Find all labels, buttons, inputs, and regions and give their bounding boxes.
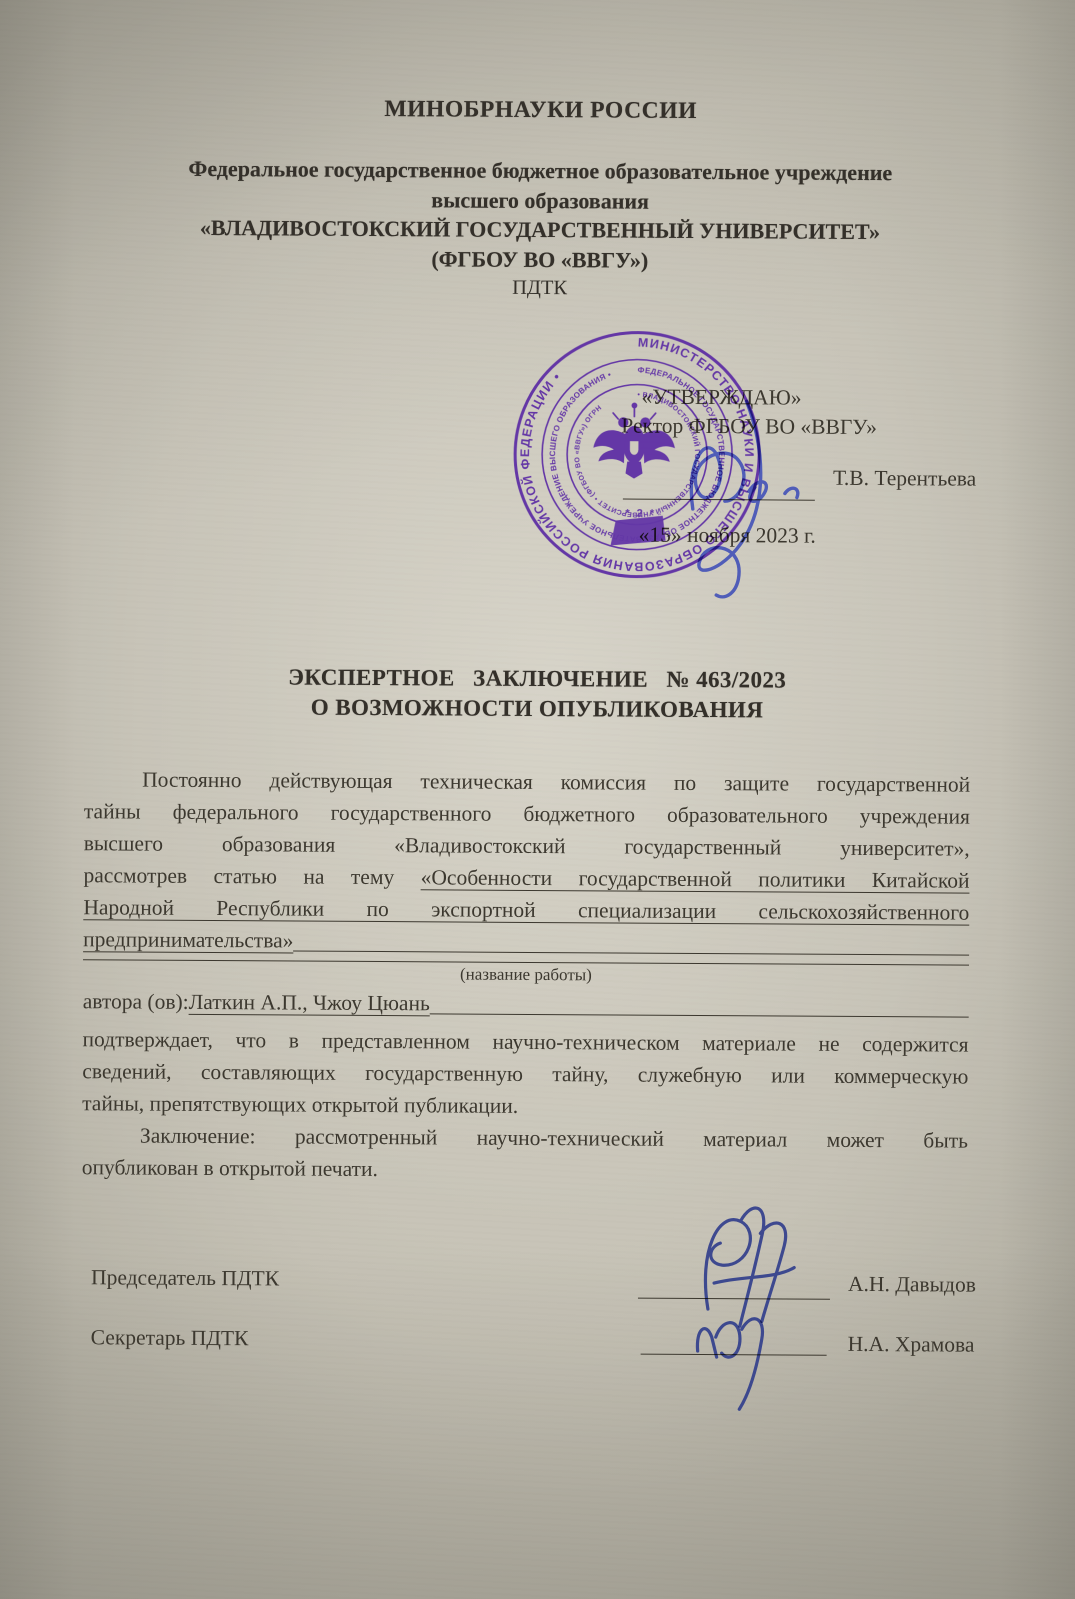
work-title-segment: предпринимательства» <box>83 923 293 956</box>
body-line-7: подтверждает, что в представленном научн… <box>82 1023 968 1060</box>
body-text-segment: рассмотрев статью на тему <box>83 863 420 889</box>
authors-line: автора (ов): Латкин А.П., Чжоу Цюань <box>83 985 969 1022</box>
blank-rule <box>430 987 969 1017</box>
page-content: МИНОБРНАУКИ РОССИИ Федеральное государст… <box>0 0 1075 1599</box>
seal-ink-blot <box>611 515 666 545</box>
university-seal-stamp: МИНИСТЕРСТВО НАУКИ И ВЫСШЕГО ОБРАЗОВАНИЯ… <box>510 328 764 582</box>
body-line-3: высшего образования «Владивостокский гос… <box>84 827 970 864</box>
ministry-line: МИНОБРНАУКИ РОССИИ <box>3 94 1075 128</box>
document-header: МИНОБРНАУКИ РОССИИ Федеральное государст… <box>2 94 1075 307</box>
chairman-name: А.Н. Давыдов <box>848 1272 976 1298</box>
authors-names: Латкин А.П., Чжоу Цюань <box>189 986 430 1019</box>
secretary-name: Н.А. Храмова <box>848 1332 975 1358</box>
blank-rule <box>293 925 969 956</box>
authors-label: автора (ов): <box>83 985 189 1018</box>
document-title: ЭКСПЕРТНОЕ ЗАКЛЮЧЕНИЕ № 463/2023 О ВОЗМО… <box>0 661 1075 728</box>
secretary-signature <box>659 1285 840 1416</box>
signature-stroke <box>716 1323 740 1358</box>
body-line-1: Постоянно действующая техническая комисс… <box>84 763 970 800</box>
organization-name-block: Федеральное государственное бюджетное об… <box>2 153 1075 307</box>
scanned-document-page: МИНОБРНАУКИ РОССИИ Федеральное государст… <box>0 0 1075 1599</box>
body-line-2: тайны федерального государственного бюдж… <box>84 795 970 832</box>
body-line-6: предпринимательства» <box>83 923 969 960</box>
body-line-9: тайны, препятствующих открытой публикаци… <box>82 1087 968 1124</box>
body-line-5: Народной Республики по экспортной специа… <box>83 891 969 928</box>
chairman-title: Председатель ПДТК <box>91 1265 279 1291</box>
conclusion-line-1: Заключение: рассмотренный научно-техниче… <box>82 1119 968 1156</box>
body-line-4: рассмотрев статью на тему «Особенности г… <box>83 859 969 896</box>
secretary-title: Секретарь ПДТК <box>91 1325 249 1351</box>
body-line-8: сведений, составляющих государственную т… <box>82 1055 968 1092</box>
double-eagle-icon <box>593 402 675 478</box>
signature-stroke <box>697 1329 716 1358</box>
work-title-segment: «Особенности государственной политики Ки… <box>421 865 970 892</box>
org-line-pdtk: ПДТК <box>2 271 1075 307</box>
work-title-segment: Народной Республики по экспортной специа… <box>83 895 969 924</box>
work-title-caption: (название работы) <box>83 961 969 988</box>
body-paragraph: Постоянно действующая техническая комисс… <box>82 763 971 1188</box>
eagle-shield <box>630 441 639 455</box>
signature-stroke <box>739 1319 762 1410</box>
doc-title-line-2: О ВОЗМОЖНОСТИ ОПУБЛИКОВАНИЯ <box>0 691 1075 728</box>
